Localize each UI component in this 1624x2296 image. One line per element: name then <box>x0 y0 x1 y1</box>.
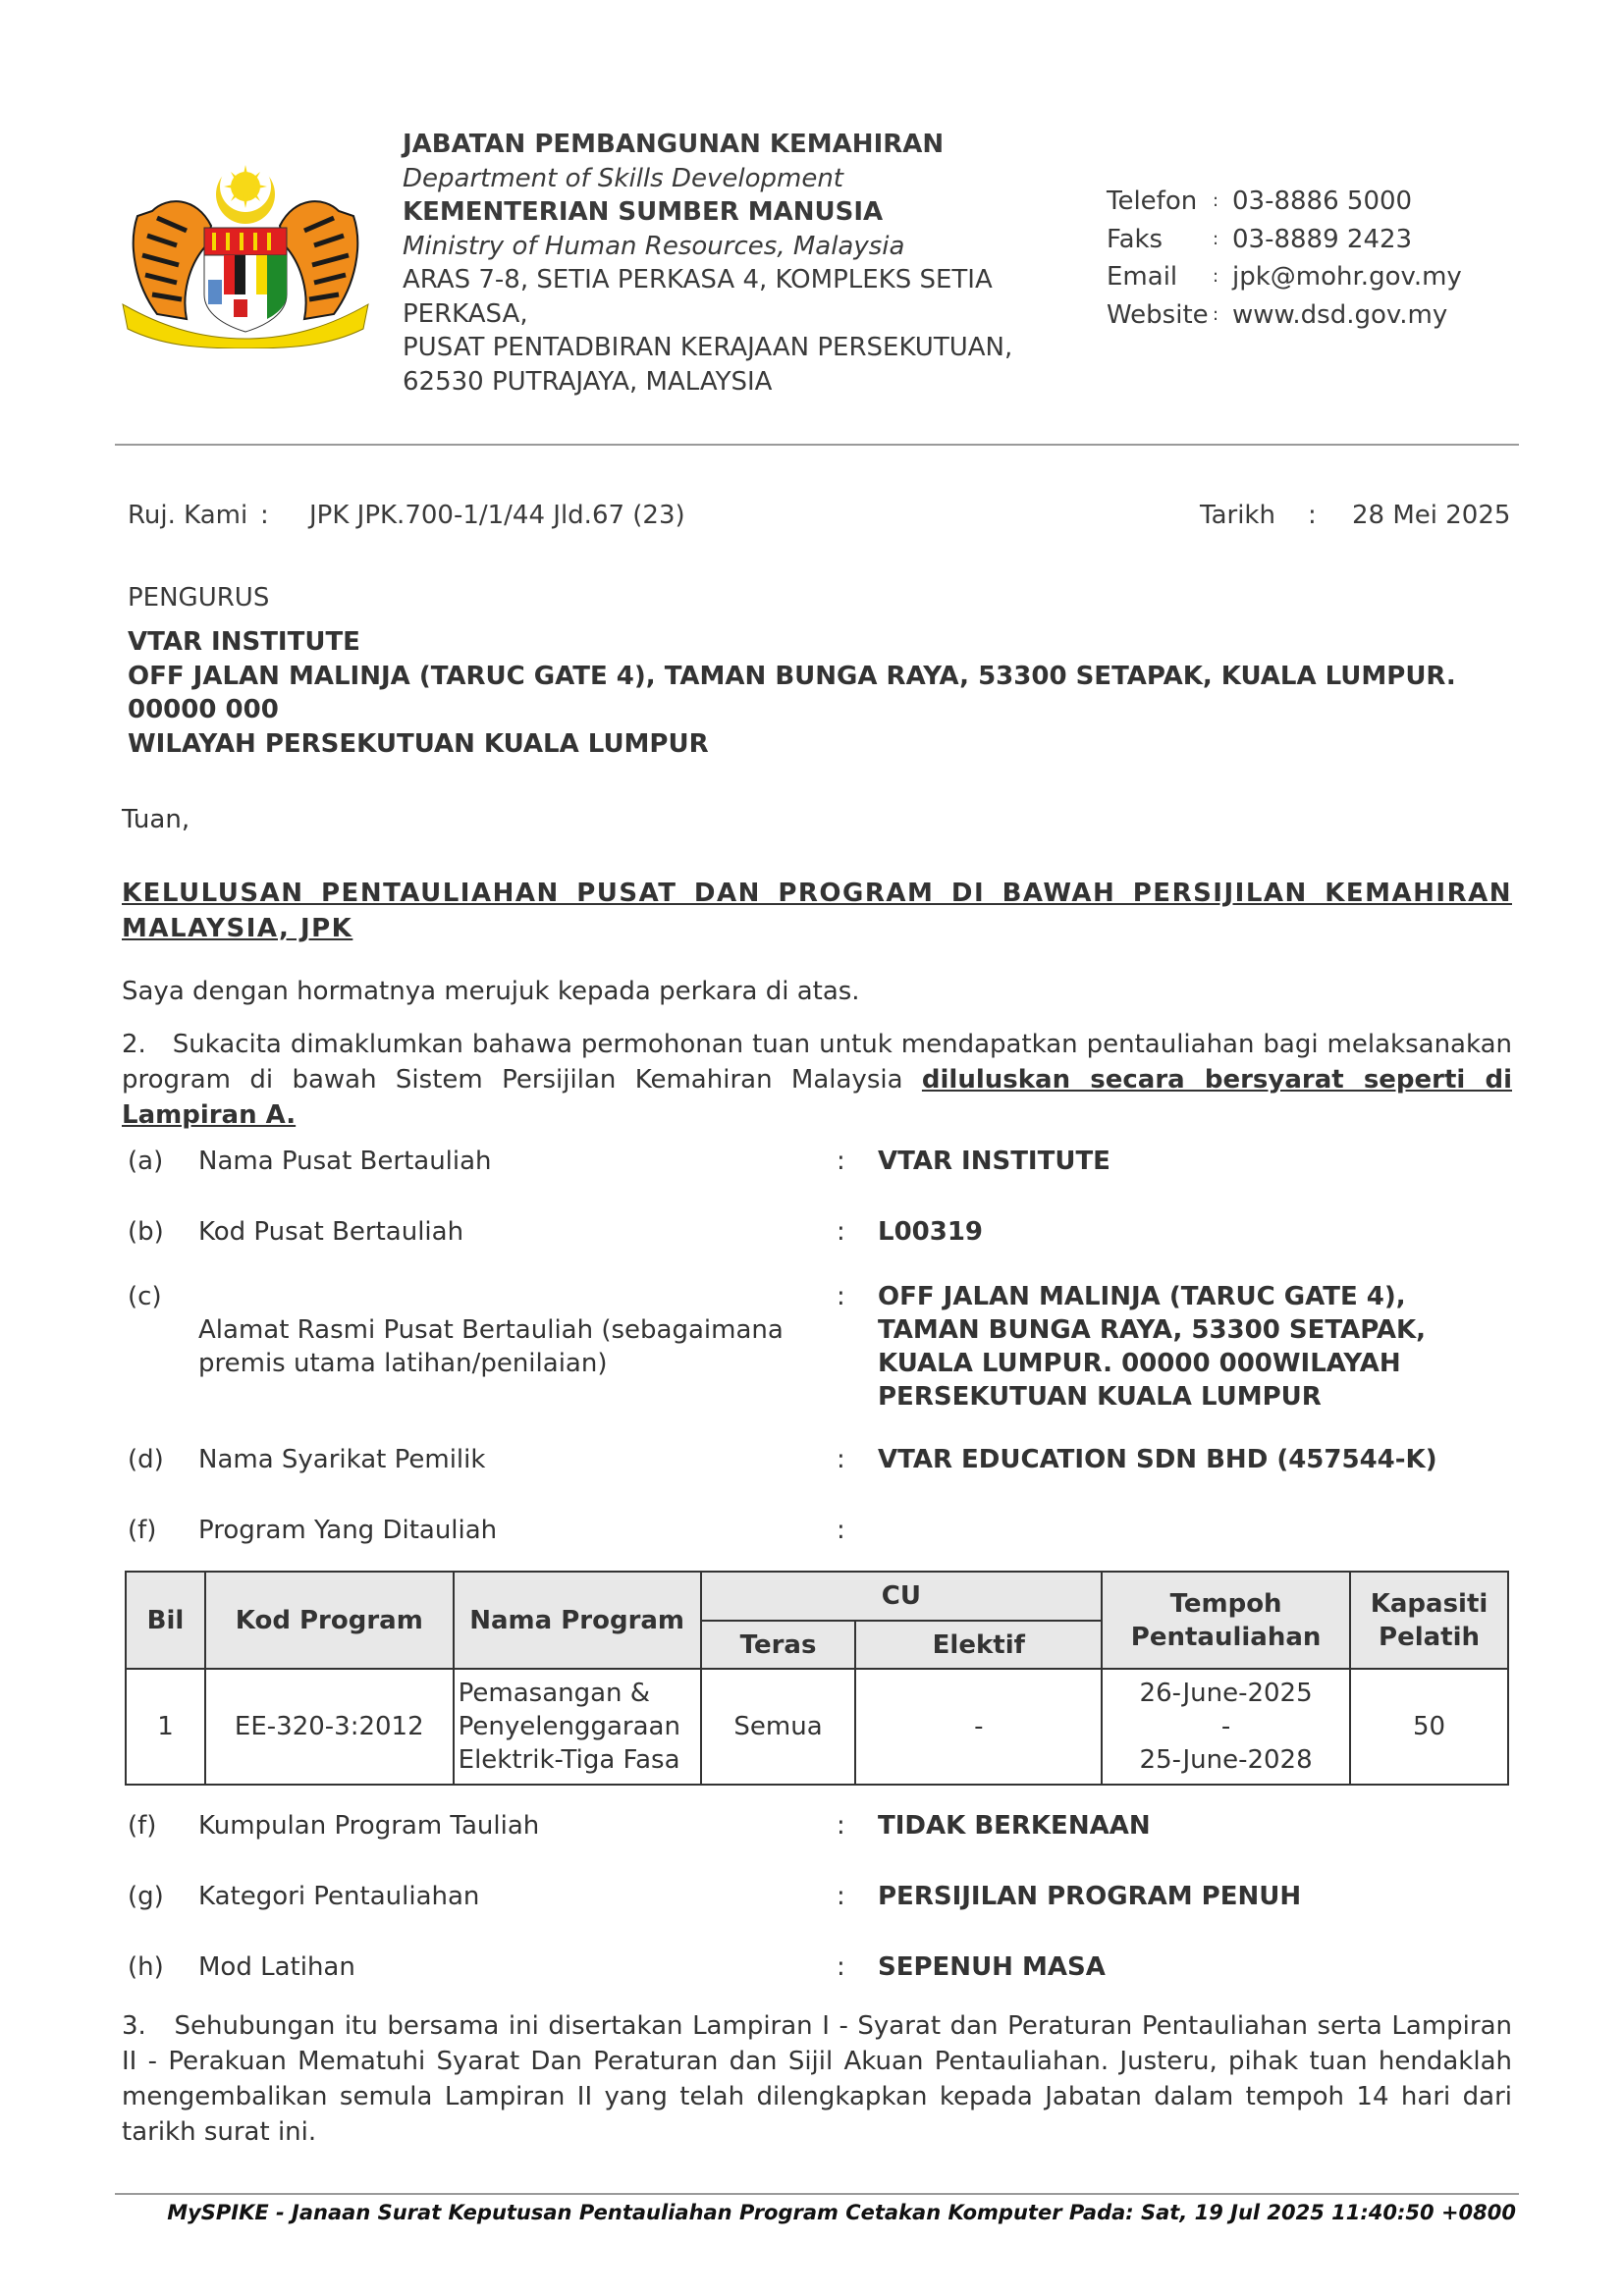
recipient-line: OFF JALAN MALINJA (TARUC GATE 4), TAMAN … <box>128 660 1456 694</box>
colon: : <box>1213 183 1232 221</box>
address-line: 62530 PUTRAJAYA, MALAYSIA <box>403 365 1012 400</box>
paragraph-text: Sehubungan itu bersama ini disertakan La… <box>122 2011 1512 2147</box>
date-value: 28 Mei 2025 <box>1352 501 1510 530</box>
cell-tempoh: 26-June-2025 - 25-June-2028 <box>1102 1669 1350 1785</box>
contact-value: 03-8886 5000 <box>1232 183 1412 221</box>
contact-website: Website : www.dsd.gov.my <box>1107 296 1462 335</box>
org-name: JABATAN PEMBANGUNAN KEMAHIRAN <box>403 128 1012 162</box>
reference-label: Ruj. Kami <box>128 501 260 530</box>
paragraph-2: 2. Sukacita dimaklumkan bahawa permohona… <box>122 1027 1512 1133</box>
detail-value <box>878 1514 1467 1547</box>
detail-value: TIDAK BERKENAAN <box>878 1809 1467 1842</box>
detail-label: Nama Pusat Bertauliah <box>198 1145 837 1178</box>
colon: : <box>1213 221 1232 259</box>
program-table: Bil Kod Program Nama Program CU Tempoh P… <box>125 1571 1509 1786</box>
detail-value: PERSIJILAN PROGRAM PENUH <box>878 1880 1467 1913</box>
header-nama-program: Nama Program <box>454 1572 701 1669</box>
detail-row-c: (c) Alamat Rasmi Pusat Bertauliah (sebag… <box>128 1280 1522 1414</box>
colon: : <box>837 1880 878 1913</box>
detail-value: L00319 <box>878 1215 1467 1249</box>
letter-date: Tarikh : 28 Mei 2025 <box>1200 501 1510 530</box>
cell-kod: EE-320-3:2012 <box>205 1669 454 1785</box>
detail-value: VTAR INSTITUTE <box>878 1145 1467 1178</box>
colon: : <box>260 501 309 530</box>
recipient-title: PENGURUS <box>128 583 269 613</box>
header-elektif: Elektif <box>855 1621 1102 1669</box>
address-line: PERKASA, <box>403 297 1012 332</box>
tempoh-separator: - <box>1107 1710 1345 1743</box>
detail-value: SEPENUH MASA <box>878 1950 1467 1984</box>
detail-row-d: (d) Nama Syarikat Pemilik : VTAR EDUCATI… <box>128 1443 1522 1476</box>
header-tempoh: Tempoh Pentauliahan <box>1102 1572 1350 1669</box>
detail-label: Nama Syarikat Pemilik <box>198 1443 837 1476</box>
detail-row-b: (b) Kod Pusat Bertauliah : L00319 <box>128 1215 1522 1249</box>
header-divider <box>115 444 1519 446</box>
recipient-address: VTAR INSTITUTE OFF JALAN MALINJA (TARUC … <box>128 625 1456 761</box>
footer-divider <box>115 2193 1519 2195</box>
tempoh-end: 25-June-2028 <box>1107 1743 1345 1777</box>
paragraph-1: Saya dengan hormatnya merujuk kepada per… <box>122 974 1512 1009</box>
contact-label: Email <box>1107 258 1213 296</box>
reference-number: Ruj. Kami : JPK JPK.700-1/1/44 Jld.67 (2… <box>128 501 685 530</box>
cell-kapasiti: 50 <box>1350 1669 1508 1785</box>
detail-letter: (h) <box>128 1950 198 1984</box>
colon: : <box>837 1215 878 1249</box>
contact-block: Telefon : 03-8886 5000 Faks : 03-8889 24… <box>1107 183 1462 334</box>
detail-letter: (f) <box>128 1514 198 1547</box>
coat-of-arms-logo <box>118 157 373 348</box>
detail-value: OFF JALAN MALINJA (TARUC GATE 4), TAMAN … <box>878 1280 1447 1414</box>
colon: : <box>1213 258 1232 296</box>
detail-letter: (a) <box>128 1145 198 1178</box>
date-label: Tarikh <box>1200 501 1308 530</box>
detail-row-kategori: (g) Kategori Pentauliahan : PERSIJILAN P… <box>128 1880 1522 1913</box>
reference-value: JPK JPK.700-1/1/44 Jld.67 (23) <box>309 501 685 530</box>
recipient-line: WILAYAH PERSEKUTUAN KUALA LUMPUR <box>128 727 1456 762</box>
detail-letter: (f) <box>128 1809 198 1842</box>
detail-value: VTAR EDUCATION SDN BHD (457544-K) <box>878 1443 1467 1476</box>
detail-row-mod-latihan: (h) Mod Latihan : SEPENUH MASA <box>128 1950 1522 1984</box>
colon: : <box>837 1950 878 1984</box>
detail-label: Program Yang Ditauliah <box>198 1514 837 1547</box>
contact-email: Email : jpk@mohr.gov.my <box>1107 258 1462 296</box>
cell-bil: 1 <box>126 1669 205 1785</box>
contact-value: 03-8889 2423 <box>1232 221 1412 259</box>
colon: : <box>837 1514 878 1547</box>
contact-label: Telefon <box>1107 183 1213 221</box>
header-bil: Bil <box>126 1572 205 1669</box>
coat-of-arms-icon <box>118 157 373 348</box>
detail-label: Kumpulan Program Tauliah <box>198 1809 837 1842</box>
recipient-line: VTAR INSTITUTE <box>128 625 1456 660</box>
colon: : <box>1213 296 1232 335</box>
org-name-en: Department of Skills Development <box>403 162 1012 196</box>
table-row: 1 EE-320-3:2012 Pemasangan & Penyelengga… <box>126 1669 1508 1785</box>
colon: : <box>837 1145 878 1178</box>
address-line: PUSAT PENTADBIRAN KERAJAAN PERSEKUTUAN, <box>403 331 1012 365</box>
detail-label: Mod Latihan <box>198 1950 837 1984</box>
print-footer: MySPIKE - Janaan Surat Keputusan Pentaul… <box>137 2201 1516 2224</box>
cell-teras: Semua <box>701 1669 856 1785</box>
detail-row-f: (f) Program Yang Ditauliah : <box>128 1514 1522 1547</box>
header-kod-program: Kod Program <box>205 1572 454 1669</box>
detail-letter: (g) <box>128 1880 198 1913</box>
detail-row-a: (a) Nama Pusat Bertauliah : VTAR INSTITU… <box>128 1145 1522 1178</box>
address-line: ARAS 7-8, SETIA PERKASA 4, KOMPLEKS SETI… <box>403 263 1012 297</box>
header-teras: Teras <box>701 1621 856 1669</box>
organisation-block: JABATAN PEMBANGUNAN KEMAHIRAN Department… <box>403 128 1012 399</box>
contact-faks: Faks : 03-8889 2423 <box>1107 221 1462 259</box>
cell-nama: Pemasangan & Penyelenggaraan Elektrik-Ti… <box>454 1669 701 1785</box>
colon: : <box>837 1809 878 1842</box>
paragraph-number: 3. <box>122 2011 146 2041</box>
contact-value: jpk@mohr.gov.my <box>1232 258 1462 296</box>
ministry-name: KEMENTERIAN SUMBER MANUSIA <box>403 195 1012 230</box>
detail-label: Kod Pusat Bertauliah <box>198 1215 837 1249</box>
detail-label: Kategori Pentauliahan <box>198 1880 837 1913</box>
colon: : <box>1308 501 1352 530</box>
recipient-line: 00000 000 <box>128 693 1456 727</box>
cell-elektif: - <box>855 1669 1102 1785</box>
detail-letter: (c) <box>128 1280 198 1414</box>
paragraph-3: 3. Sehubungan itu bersama ini disertakan… <box>122 2008 1512 2150</box>
header-cu: CU <box>701 1572 1103 1621</box>
letter-subject: KELULUSAN PENTAULIAHAN PUSAT DAN PROGRAM… <box>122 876 1512 946</box>
detail-label: Alamat Rasmi Pusat Bertauliah (sebagaima… <box>198 1280 787 1414</box>
contact-label: Website <box>1107 296 1213 335</box>
contact-value: www.dsd.gov.my <box>1232 296 1447 335</box>
detail-row-kumpulan: (f) Kumpulan Program Tauliah : TIDAK BER… <box>128 1809 1522 1842</box>
ministry-name-en: Ministry of Human Resources, Malaysia <box>403 230 1012 264</box>
colon: : <box>837 1443 878 1476</box>
contact-label: Faks <box>1107 221 1213 259</box>
header-kapasiti: Kapasiti Pelatih <box>1350 1572 1508 1669</box>
tempoh-start: 26-June-2025 <box>1107 1677 1345 1710</box>
paragraph-number: 2. <box>122 1030 146 1059</box>
detail-letter: (d) <box>128 1443 198 1476</box>
colon: : <box>837 1280 878 1414</box>
contact-telefon: Telefon : 03-8886 5000 <box>1107 183 1462 221</box>
detail-letter: (b) <box>128 1215 198 1249</box>
salutation: Tuan, <box>122 805 189 834</box>
